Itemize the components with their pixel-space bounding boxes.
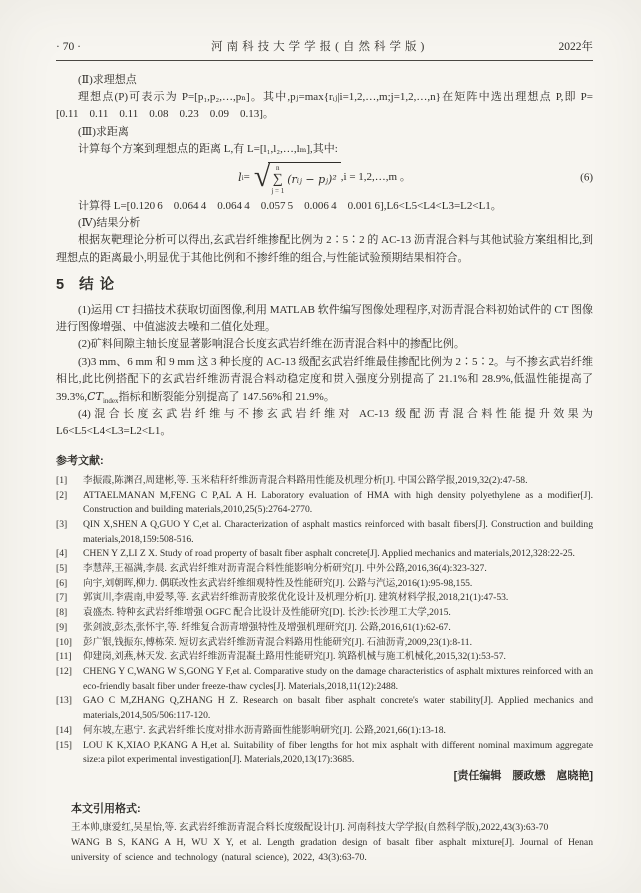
reference-item: [6]向宇,刘朝晖,柳力. 偶联改性玄武岩纤维细观特性及性能研究[J]. 公路与… <box>56 577 593 592</box>
references-list: [1]李振霞,陈渊召,周建彬,等. 玉米秸秆纤维沥青混合料路用性能及机理分析[J… <box>56 474 593 768</box>
reference-item: [9]张剑波,彭杰,张怀宇,等. 纤维复合沥青增强特性及增强机理研究[J]. 公… <box>56 621 593 636</box>
section-number: 5 <box>56 277 65 293</box>
equation-body: li = √ n ∑ j = 1 (rᵢⱼ − pⱼ)² ,i = 1,2,…,… <box>238 162 411 195</box>
reference-item: [8]袁盛杰. 特种玄武岩纤维增强 OGFC 配合比设计及性能研究[D]. 长沙… <box>56 606 593 621</box>
reference-number: [13] <box>56 694 83 723</box>
paper-page: · 70 · 河南科技大学学报(自然科学版) 2022年 (Ⅱ)求理想点 理想点… <box>0 0 641 893</box>
step-4-body: 根据灰靶理论分析可以得出,玄武岩纤维掺配比例为 2∶5∶2 的 AC-13 沥青… <box>56 232 593 266</box>
publication-year: 2022年 <box>559 38 594 54</box>
reference-number: [14] <box>56 724 83 739</box>
reference-text: ATTAELMANAN M,FENG C P,AL A H. Laborator… <box>83 489 593 518</box>
reference-text: CHENG Y C,WANG W S,GONG Y F,et al. Compa… <box>83 665 593 694</box>
reference-item: [7]郭寅川,李震南,申爱琴,等. 玄武岩纤维沥青胶浆优化设计及机理分析[J].… <box>56 591 593 606</box>
conclusion-item-3: (3)3 mm、6 mm 和 9 mm 这 3 种长度的 AC-13 级配玄武岩… <box>56 354 593 407</box>
reference-text: 李振霞,陈渊召,周建彬,等. 玉米秸秆纤维沥青混合料路用性能及机理分析[J]. … <box>83 474 593 489</box>
reference-text: 李慧萍,王福满,李晨. 玄武岩纤维对沥青混合料性能影响分析研究[J]. 中外公路… <box>83 562 593 577</box>
reference-number: [4] <box>56 547 83 562</box>
reference-item: [2]ATTAELMANAN M,FENG C P,AL A H. Labora… <box>56 489 593 518</box>
reference-text: 袁盛杰. 特种玄武岩纤维增强 OGFC 配合比设计及性能研究[D]. 长沙:长沙… <box>83 606 593 621</box>
reference-text: 向宇,刘朝晖,柳力. 偶联改性玄武岩纤维细观特性及性能研究[J]. 公路与汽运,… <box>83 577 593 592</box>
citation-heading: 本文引用格式: <box>71 801 593 818</box>
step-3-body: 计算每个方案到理想点的距离 L,有 L=[l₁,l₂,…,lₘ],其中: <box>56 141 593 158</box>
step-4-title: (Ⅳ)结果分析 <box>56 215 593 232</box>
reference-number: [5] <box>56 562 83 577</box>
reference-item: [10]彭广银,钱振东,傅栋荣. 短切玄武岩纤维沥青混合料路用性能研究[J]. … <box>56 636 593 651</box>
reference-number: [1] <box>56 474 83 489</box>
sum-upper-limit: n <box>276 165 280 172</box>
reference-text: 郭寅川,李震南,申爱琴,等. 玄武岩纤维沥青胶浆优化设计及机理分析[J]. 建筑… <box>83 591 593 606</box>
header-rule <box>56 60 593 61</box>
conclusion-item-3-post: 指标和断裂能分别提高了 147.56%和 21.9%。 <box>119 391 335 403</box>
reference-item: [5]李慧萍,王福满,李晨. 玄武岩纤维对沥青混合料性能影响分析研究[J]. 中… <box>56 562 593 577</box>
equation-number: (6) <box>580 169 593 186</box>
citation-block: 本文引用格式: 王本帅,康爱红,吴星怡,等. 玄武岩纤维沥青混合料长度级配设计[… <box>56 801 593 865</box>
reference-text: CHEN Y Z,LI Z X. Study of road property … <box>83 547 593 562</box>
reference-item: [3]QIN X,SHEN A Q,GUO Y C,et al. Charact… <box>56 518 593 547</box>
section-title: 结 论 <box>79 277 115 293</box>
citation-english: WANG B S, KANG A H, WU X Y, et al. Lengt… <box>71 836 593 865</box>
sum-lower-limit: j = 1 <box>271 188 284 195</box>
reference-number: [3] <box>56 518 83 547</box>
reference-text: 仰建岗,刘燕,林天发. 玄武岩纤维沥青混凝土路用性能研究[J]. 筑路机械与施工… <box>83 650 593 665</box>
reference-item: [15]LOU K K,XIAO P,KANG A H,et al. Suita… <box>56 739 593 768</box>
sigma-icon: ∑ <box>273 173 283 187</box>
radical-sign-icon: √ <box>254 162 270 192</box>
reference-item: [13]GAO C M,ZHANG Q,ZHANG H Z. Research … <box>56 694 593 723</box>
calc-result-line: 计算得 L=[0.120 6 0.064 4 0.064 4 0.057 5 0… <box>56 198 593 215</box>
reference-number: [10] <box>56 636 83 651</box>
step-2-title: (Ⅱ)求理想点 <box>56 72 593 89</box>
equation-6: li = √ n ∑ j = 1 (rᵢⱼ − pⱼ)² ,i = 1,2,…,… <box>56 160 593 196</box>
references-heading: 参考文献: <box>56 453 593 470</box>
ct-variable: CT <box>87 390 103 403</box>
reference-number: [9] <box>56 621 83 636</box>
step-2-body: 理想点(P)可表示为 P=[p₁,p₂,…,pₙ]。其中,pⱼ=max{rᵢⱼ|… <box>56 89 593 123</box>
reference-item: [11]仰建岗,刘燕,林天发. 玄武岩纤维沥青混凝土路用性能研究[J]. 筑路机… <box>56 650 593 665</box>
reference-text: GAO C M,ZHANG Q,ZHANG H Z. Research on b… <box>83 694 593 723</box>
step-3-title: (Ⅲ)求距离 <box>56 124 593 141</box>
section-heading-conclusion: 5结 论 <box>56 277 593 294</box>
page-header: · 70 · 河南科技大学学报(自然科学版) 2022年 <box>56 38 593 54</box>
responsible-editor-line: [责任编辑 腰政懋 扈晓艳] <box>56 768 593 785</box>
reference-text: 张剑波,彭杰,张怀宇,等. 纤维复合沥青增强特性及增强机理研究[J]. 公路,2… <box>83 621 593 636</box>
reference-number: [6] <box>56 577 83 592</box>
reference-text: 彭广银,钱振东,傅栋荣. 短切玄武岩纤维沥青混合料路用性能研究[J]. 石油沥青… <box>83 636 593 651</box>
citation-chinese: 王本帅,康爱红,吴星怡,等. 玄武岩纤维沥青混合料长度级配设计[J]. 河南科技… <box>71 821 593 836</box>
article-body: (Ⅱ)求理想点 理想点(P)可表示为 P=[p₁,p₂,…,pₙ]。其中,pⱼ=… <box>56 72 593 865</box>
reference-text: 何东坡,左惠宁. 玄武岩纤维长度对排水沥青路面性能影响研究[J]. 公路,202… <box>83 724 593 739</box>
reference-number: [8] <box>56 606 83 621</box>
reference-item: [12]CHENG Y C,WANG W S,GONG Y F,et al. C… <box>56 665 593 694</box>
reference-item: [14]何东坡,左惠宁. 玄武岩纤维长度对排水沥青路面性能影响研究[J]. 公路… <box>56 724 593 739</box>
reference-number: [2] <box>56 489 83 518</box>
reference-number: [11] <box>56 650 83 665</box>
reference-number: [7] <box>56 591 83 606</box>
conclusion-item-4: (4)混合长度玄武岩纤维与不掺玄武岩纤维对 AC-13 级配沥青混合料性能提升效… <box>56 406 593 440</box>
radicand-expression: (rᵢⱼ − pⱼ)² <box>287 171 337 188</box>
summation-symbol: n ∑ j = 1 <box>271 165 284 195</box>
conclusion-item-2: (2)矿料间隙主轴长度显著影响混合长度玄武岩纤维在沥青混合料中的掺配比例。 <box>56 336 593 353</box>
reference-number: [15] <box>56 739 83 768</box>
reference-text: LOU K K,XIAO P,KANG A H,et al. Suitabili… <box>83 739 593 768</box>
reference-item: [4]CHEN Y Z,LI Z X. Study of road proper… <box>56 547 593 562</box>
equation-condition: ,i = 1,2,…,m 。 <box>341 169 411 186</box>
page-number: · 70 · <box>56 41 81 53</box>
equals-sign: = <box>244 169 250 186</box>
reference-item: [1]李振霞,陈渊召,周建彬,等. 玉米秸秆纤维沥青混合料路用性能及机理分析[J… <box>56 474 593 489</box>
radicand: n ∑ j = 1 (rᵢⱼ − pⱼ)² <box>268 162 340 195</box>
reference-number: [12] <box>56 665 83 694</box>
ct-subscript: index <box>103 397 119 405</box>
journal-title: 河南科技大学学报(自然科学版) <box>211 38 428 54</box>
conclusion-item-1: (1)运用 CT 扫描技术获取切面图像,利用 MATLAB 软件编写图像处理程序… <box>56 302 593 336</box>
reference-text: QIN X,SHEN A Q,GUO Y C,et al. Characteri… <box>83 518 593 547</box>
